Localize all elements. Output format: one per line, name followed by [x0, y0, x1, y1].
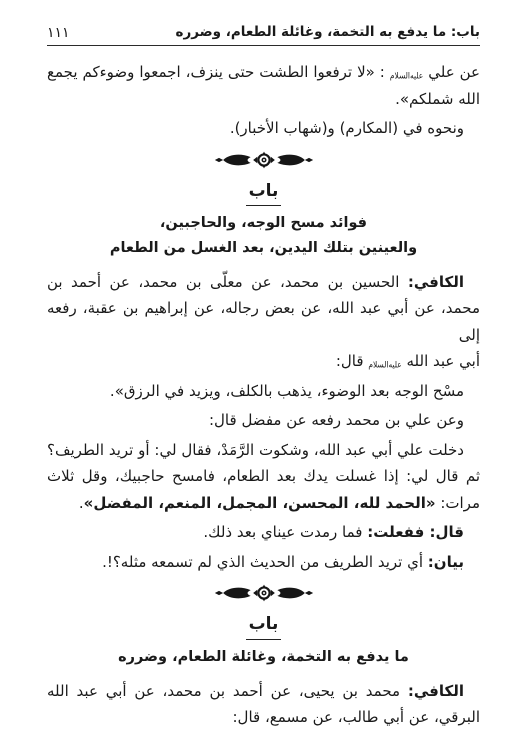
text-line: الكافي: محمد بن يحيى، عن أحمد بن محمد، ع…: [47, 678, 480, 705]
page-number: ١١١: [47, 26, 70, 40]
bayan-label: بيان:: [428, 553, 464, 571]
dhikr-quote: «الحمد لله، المحسن، المجمل، المنعم، المف…: [84, 494, 436, 512]
hadith-quote-start: : «لا ترفعوا الطشت حتى ينزف، اجمعوا وضوء…: [47, 63, 385, 81]
result-line: قال: ففعلت: فما رمدت عيناي بعد ذلك.: [47, 519, 480, 546]
running-head: باب: ما يدفع به التخمة، وغائلة الطعام، و…: [47, 24, 480, 46]
text-line: الله شملكم».: [47, 86, 480, 113]
chapter-heading: باب: [47, 611, 480, 639]
alayhi-salam-symbol: عليه‌السلام: [390, 71, 423, 80]
text-line: دخلت علي أبي عبد الله، وشكوت الرَّمَدْ، …: [47, 437, 480, 464]
bayan-line: بيان: أي تريد الطريف من الحديث الذي لم ت…: [47, 549, 480, 576]
narration-opening: عن علي: [428, 63, 480, 81]
running-title: باب: ما يدفع به التخمة، وغائلة الطعام، و…: [175, 24, 480, 40]
section1-title: فوائد مسح الوجه، والحاجبين، والعينين بتل…: [47, 211, 480, 261]
text-line: محمد، عن أبي عبد الله، عن بعض رجاله، عن …: [47, 295, 480, 348]
text-line: أبي عبد الله عليه‌السلام قال:: [47, 348, 480, 375]
floral-divider-ornament: [47, 150, 480, 170]
page-body: عن علي عليه‌السلام : «لا ترفعوا الطشت حت…: [47, 59, 480, 731]
source-note-line: ونحوه في (المكارم) و(شهاب الأخبار).: [47, 115, 480, 142]
hadith-line: مسْح الوجه بعد الوضوء، يذهب بالكلف، ويزي…: [47, 378, 480, 405]
alayhi-salam-symbol: عليه‌السلام: [368, 361, 401, 370]
text-line: البرقي، عن أبي طالب، عن مسمع، قال:: [47, 704, 480, 731]
isnad-paragraph: الكافي: الحسين بن محمد، عن معلّى بن محمد…: [47, 269, 480, 375]
chapter-heading: باب: [47, 178, 480, 206]
text-line: عن علي عليه‌السلام : «لا ترفعوا الطشت حت…: [47, 59, 480, 86]
section1-title-line2: والعينين بتلك اليدين، بعد الغسل من الطعا…: [47, 236, 480, 261]
section1-title-line1: فوائد مسح الوجه، والحاجبين،: [47, 211, 480, 236]
text-line: ثم قال لي: إذا غسلت يدك بعد الطعام، فامس…: [47, 463, 480, 490]
intro-paragraph: عن علي عليه‌السلام : «لا ترفعوا الطشت حت…: [47, 59, 480, 112]
section2-title: ما يدفع به التخمة، وغائلة الطعام، وضرره: [47, 645, 480, 670]
source-label: الكافي:: [408, 682, 464, 700]
source-label: الكافي:: [408, 273, 464, 291]
isnad-line: وعن علي بن محمد رفعه عن مفضل قال:: [47, 407, 480, 434]
book-page: باب: ما يدفع به التخمة، وغائلة الطعام، و…: [0, 0, 525, 744]
floral-divider-ornament: [47, 583, 480, 603]
hadith-paragraph: دخلت علي أبي عبد الله، وشكوت الرَّمَدْ، …: [47, 437, 480, 517]
text-line: مرات: «الحمد لله، المحسن، المجمل، المنعم…: [47, 490, 480, 517]
text-line: الكافي: الحسين بن محمد، عن معلّى بن محمد…: [47, 269, 480, 296]
isnad-paragraph: الكافي: محمد بن يحيى، عن أحمد بن محمد، ع…: [47, 678, 480, 731]
